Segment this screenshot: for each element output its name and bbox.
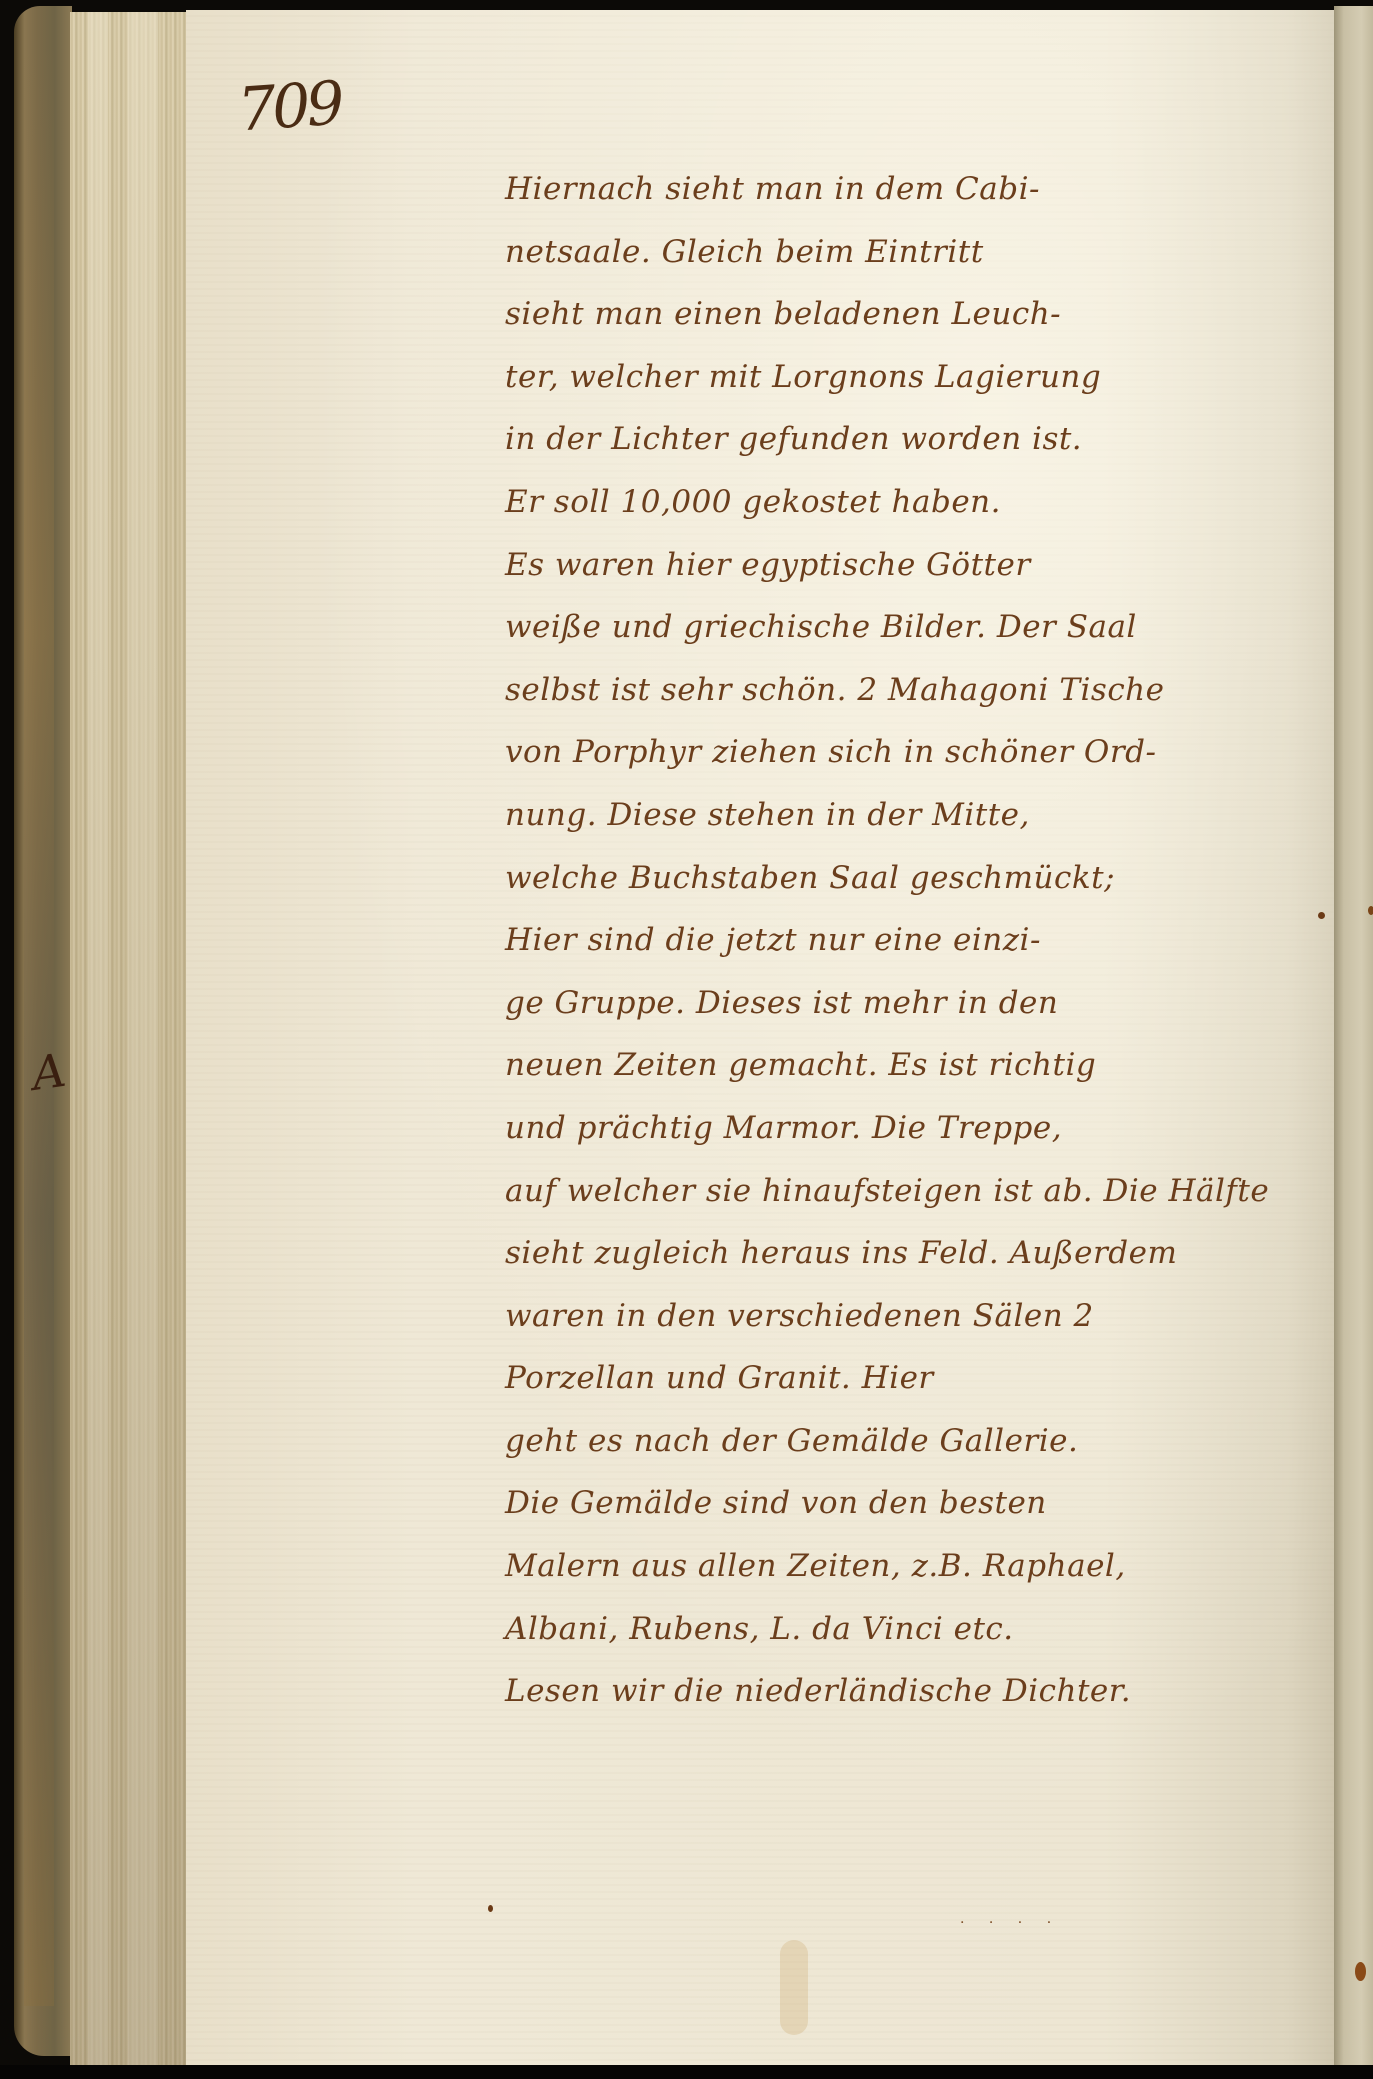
scanned-book-page: A · · · · 709 Hiernach sieht man in dem … xyxy=(0,0,1373,2079)
text-line: selbst ist sehr schön. 2 Mahagoni Tische xyxy=(505,659,1295,722)
text-line: Malern aus allen Zeiten, z.B. Raphael, xyxy=(505,1535,1295,1598)
text-line: Hiernach sieht man in dem Cabi- xyxy=(505,158,1295,221)
text-line: Albani, Rubens, L. da Vinci etc. xyxy=(505,1598,1295,1661)
text-line: nung. Diese stehen in der Mitte, xyxy=(505,784,1295,847)
page-edge-shade xyxy=(70,12,188,2067)
folio-number: 709 xyxy=(236,69,343,146)
text-line: neuen Zeiten gemacht. Es ist richtig xyxy=(505,1034,1295,1097)
text-line: Es waren hier egyptische Götter xyxy=(505,534,1295,597)
ink-spot xyxy=(1318,912,1325,919)
text-line: waren in den verschiedenen Sälen 2 xyxy=(505,1285,1295,1348)
text-line: ter, welcher mit Lorgnons Lagierung xyxy=(505,346,1295,409)
text-line: und prächtig Marmor. Die Treppe, xyxy=(505,1097,1295,1160)
text-line: welche Buchstaben Saal geschmückt; xyxy=(505,847,1295,910)
text-line: Porzellan und Granit. Hier xyxy=(505,1347,1295,1410)
text-line: geht es nach der Gemälde Gallerie. xyxy=(505,1410,1295,1473)
text-line: ge Gruppe. Dieses ist mehr in den xyxy=(505,972,1295,1035)
ink-spot xyxy=(488,1905,493,1912)
foxing-spot xyxy=(1368,906,1373,915)
text-line: in der Lichter gefunden worden ist. xyxy=(505,408,1295,471)
text-line: Er soll 10,000 gekostet haben. xyxy=(505,471,1295,534)
text-line: weiße und griechische Bilder. Der Saal xyxy=(505,596,1295,659)
text-line: netsaale. Gleich beim Eintritt xyxy=(505,221,1295,284)
text-line: Die Gemälde sind von den besten xyxy=(505,1472,1295,1535)
page-edges xyxy=(70,12,188,2067)
scan-border xyxy=(0,2065,1373,2079)
foxing-spot xyxy=(1355,1962,1366,1981)
text-line: sieht zugleich heraus ins Feld. Außerdem xyxy=(505,1222,1295,1285)
text-line: Lesen wir die niederländische Dichter. xyxy=(505,1660,1295,1723)
water-stain xyxy=(780,1940,808,2035)
text-line: Hier sind die jetzt nur eine einzi- xyxy=(505,909,1295,972)
text-line: sieht man einen beladenen Leuch- xyxy=(505,283,1295,346)
facing-page-gutter xyxy=(1334,6,1373,2068)
book-cover-spine: A xyxy=(14,6,72,2056)
ink-specks: · · · · xyxy=(960,1915,1061,1931)
handwritten-text-block: Hiernach sieht man in dem Cabi- netsaale… xyxy=(505,158,1295,1723)
text-line: von Porphyr ziehen sich in schöner Ord- xyxy=(505,721,1295,784)
text-line: auf welcher sie hinaufsteigen ist ab. Di… xyxy=(505,1160,1295,1223)
